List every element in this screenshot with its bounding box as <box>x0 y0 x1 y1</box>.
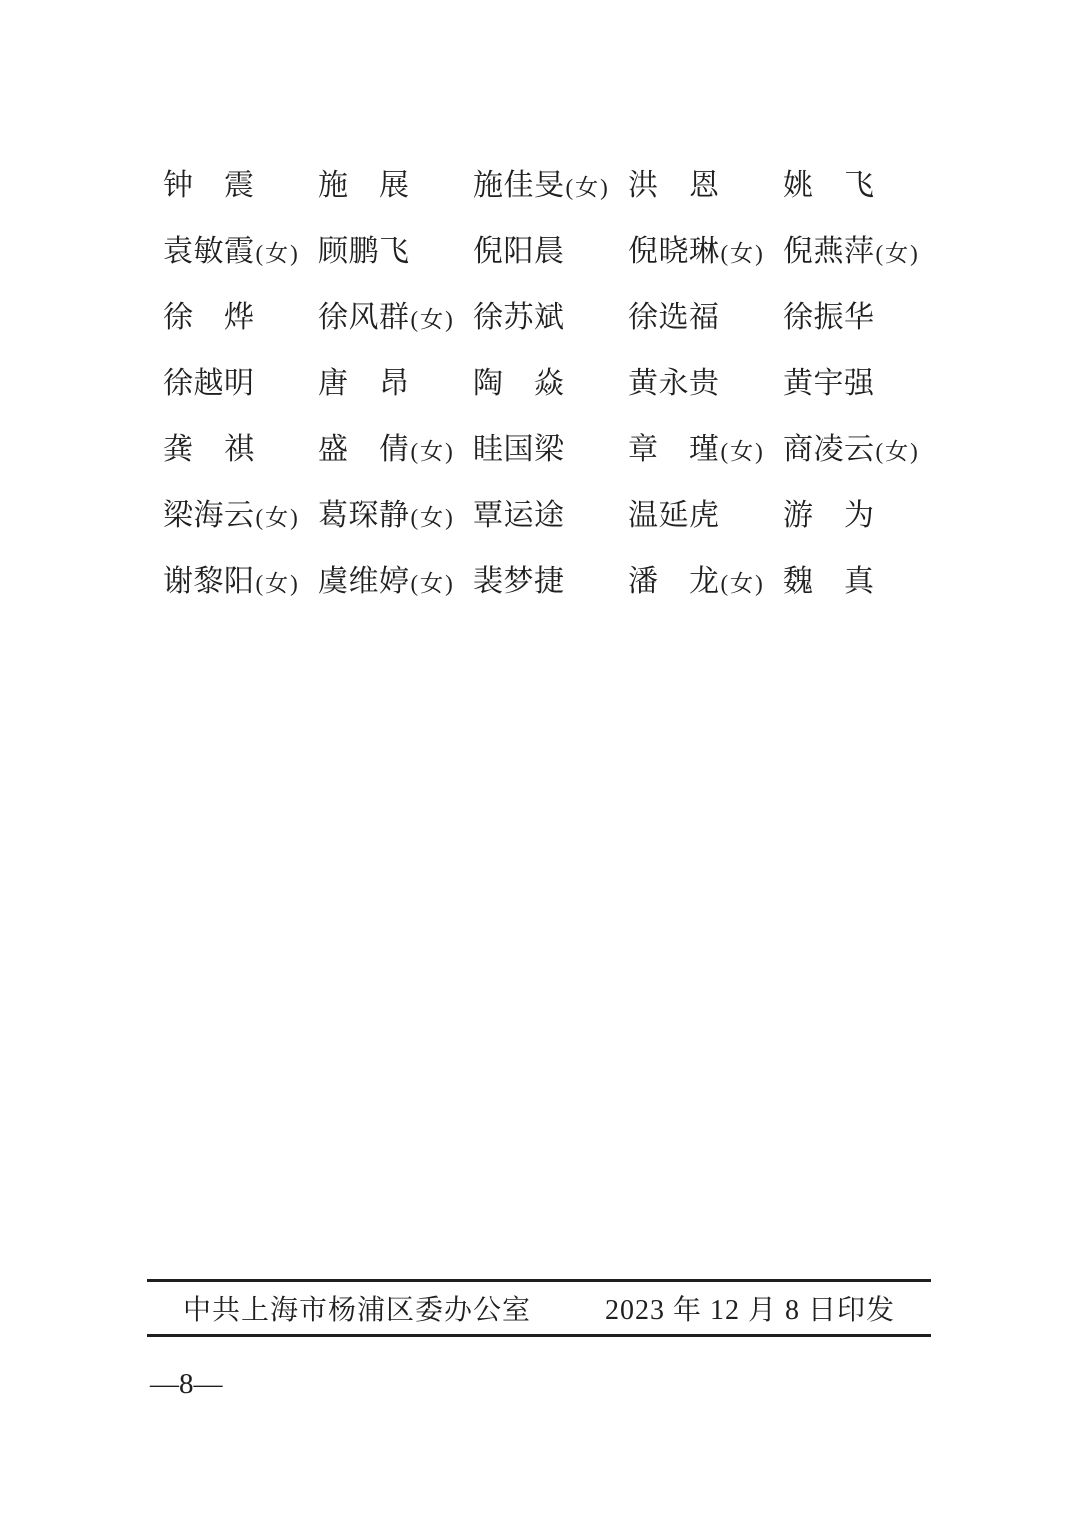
person-name-text: 施 展 <box>318 169 410 202</box>
person-name: 唐 昂 <box>318 366 473 404</box>
person-name-text: 龚 祺 <box>163 433 255 466</box>
person-name-text: 徐风群 <box>318 301 410 334</box>
person-name-text: 裴梦捷 <box>473 565 565 598</box>
person-name: 覃运途 <box>473 498 628 536</box>
person-name: 施 展 <box>318 168 473 206</box>
page-number: —8— <box>150 1368 223 1401</box>
person-name: 章 瑾(女) <box>628 432 783 470</box>
person-name: 陶 焱 <box>473 366 628 404</box>
person-name-text: 徐选福 <box>628 301 720 334</box>
person-name: 虞维婷(女) <box>318 564 473 602</box>
gender-suffix: (女) <box>566 175 610 200</box>
person-name-text: 谢黎阳 <box>163 565 255 598</box>
person-name-text: 倪晓琳 <box>628 235 720 268</box>
person-name: 裴梦捷 <box>473 564 628 602</box>
person-name-text: 盛 倩 <box>318 433 410 466</box>
person-name: 倪燕萍(女) <box>783 234 938 272</box>
gender-suffix: (女) <box>721 439 765 464</box>
person-name-text: 潘 龙 <box>628 565 720 598</box>
person-name-text: 眭国梁 <box>473 433 565 466</box>
person-name: 倪晓琳(女) <box>628 234 783 272</box>
print-date: 2023 年 12 月 8 日印发 <box>605 1288 895 1328</box>
person-name: 龚 祺 <box>163 432 318 470</box>
document-page: 钟 震 施 展 施佳旻(女) 洪 恩 姚 飞 袁敏霞(女) 顾鹏飞 倪阳晨 倪晓… <box>0 0 1080 1527</box>
issuing-office: 中共上海市杨浦区委办公室 <box>183 1288 531 1328</box>
person-name: 洪 恩 <box>628 168 783 206</box>
person-name-text: 陶 焱 <box>473 367 565 400</box>
gender-suffix: (女) <box>411 505 455 530</box>
person-name-text: 袁敏霞 <box>163 235 255 268</box>
person-name-text: 梁海云 <box>163 499 255 532</box>
person-name: 魏 真 <box>783 564 938 602</box>
person-name-text: 钟 震 <box>163 169 255 202</box>
gender-suffix: (女) <box>721 571 765 596</box>
person-name: 黄宇强 <box>783 366 938 404</box>
person-name-text: 黄永贵 <box>628 367 720 400</box>
person-name: 徐越明 <box>163 366 318 404</box>
person-name: 顾鹏飞 <box>318 234 473 272</box>
person-name-text: 倪燕萍 <box>783 235 875 268</box>
person-name: 游 为 <box>783 498 938 536</box>
person-name-text: 徐 烨 <box>163 301 255 334</box>
person-name-text: 黄宇强 <box>783 367 875 400</box>
person-name-text: 虞维婷 <box>318 565 410 598</box>
person-name-text: 徐越明 <box>163 367 255 400</box>
person-name-text: 倪阳晨 <box>473 235 565 268</box>
person-name: 眭国梁 <box>473 432 628 470</box>
person-name-text: 葛琛静 <box>318 499 410 532</box>
person-name-text: 姚 飞 <box>783 169 875 202</box>
person-name-text: 洪 恩 <box>628 169 720 202</box>
person-name-text: 徐苏斌 <box>473 301 565 334</box>
gender-suffix: (女) <box>411 307 455 332</box>
person-name: 潘 龙(女) <box>628 564 783 602</box>
person-name-text: 章 瑾 <box>628 433 720 466</box>
person-name: 袁敏霞(女) <box>163 234 318 272</box>
person-name-text: 温延虎 <box>628 499 720 532</box>
person-name: 徐振华 <box>783 300 938 338</box>
person-name: 黄永贵 <box>628 366 783 404</box>
person-name: 徐选福 <box>628 300 783 338</box>
gender-suffix: (女) <box>411 571 455 596</box>
footer-rule-bottom <box>147 1334 931 1337</box>
person-name-text: 施佳旻 <box>473 169 565 202</box>
person-name: 谢黎阳(女) <box>163 564 318 602</box>
person-name: 徐 烨 <box>163 300 318 338</box>
name-roster: 钟 震 施 展 施佳旻(女) 洪 恩 姚 飞 袁敏霞(女) 顾鹏飞 倪阳晨 倪晓… <box>163 154 938 616</box>
person-name: 施佳旻(女) <box>473 168 628 206</box>
person-name: 倪阳晨 <box>473 234 628 272</box>
person-name-text: 徐振华 <box>783 301 875 334</box>
person-name-text: 魏 真 <box>783 565 875 598</box>
gender-suffix: (女) <box>876 439 920 464</box>
gender-suffix: (女) <box>411 439 455 464</box>
gender-suffix: (女) <box>721 241 765 266</box>
person-name-text: 商凌云 <box>783 433 875 466</box>
person-name: 姚 飞 <box>783 168 938 206</box>
person-name-text: 顾鹏飞 <box>318 235 410 268</box>
person-name-text: 覃运途 <box>473 499 565 532</box>
gender-suffix: (女) <box>256 505 300 530</box>
person-name: 徐风群(女) <box>318 300 473 338</box>
gender-suffix: (女) <box>876 241 920 266</box>
person-name: 盛 倩(女) <box>318 432 473 470</box>
person-name-text: 游 为 <box>783 499 875 532</box>
person-name: 徐苏斌 <box>473 300 628 338</box>
person-name-text: 唐 昂 <box>318 367 410 400</box>
person-name: 商凌云(女) <box>783 432 938 470</box>
gender-suffix: (女) <box>256 241 300 266</box>
gender-suffix: (女) <box>256 571 300 596</box>
person-name: 葛琛静(女) <box>318 498 473 536</box>
person-name: 温延虎 <box>628 498 783 536</box>
person-name: 梁海云(女) <box>163 498 318 536</box>
footer-colophon: 中共上海市杨浦区委办公室 2023 年 12 月 8 日印发 <box>147 1282 931 1334</box>
person-name: 钟 震 <box>163 168 318 206</box>
